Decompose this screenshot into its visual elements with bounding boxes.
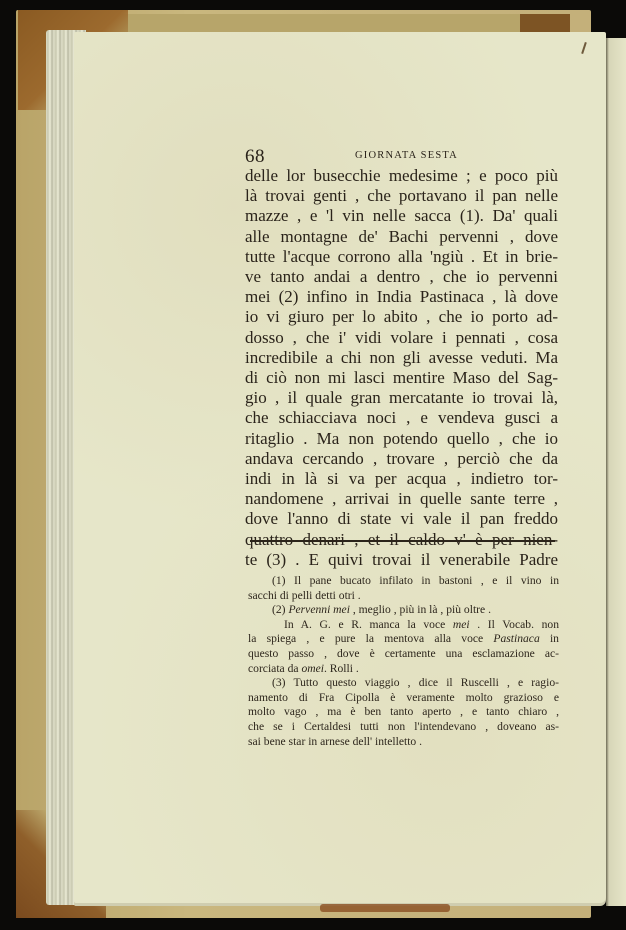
footnote-italic: Pastinaca <box>493 632 539 645</box>
page-bottom-stain <box>320 904 450 912</box>
footnote-text: la spiega , e pure la mentova alla voce <box>248 632 483 645</box>
footnote-rule <box>250 540 555 542</box>
body-line: delle lor busecchie medesime ; e poco pi… <box>245 166 558 186</box>
footnote-3-line: sai bene star in arnese dell' intelletto… <box>248 735 559 750</box>
footnote-3-line: (3) Tutto questo viaggio , dice il Rusce… <box>248 676 559 691</box>
footnote-2-text: , meglio , più in là , più oltre . <box>353 603 491 616</box>
footnote-text: in <box>550 632 559 645</box>
body-line: incredibile a chi non gli avesse veduti.… <box>245 348 558 368</box>
main-text-block: 68 GIORNATA SESTA delle lor busecchie me… <box>245 148 558 570</box>
body-line: là trovai genti , che portavano il pan n… <box>245 186 558 206</box>
facing-page-edge <box>606 38 626 906</box>
body-line: mazze , e 'l vin nelle sacca (1). Da' qu… <box>245 206 558 226</box>
body-line: nandomene , arrivai in quelle sante terr… <box>245 489 558 509</box>
body-line: te (3) . E quivi trovai il venerabile Pa… <box>245 550 558 570</box>
footnote-1-line: sacchi di pelli detti otri . <box>248 589 559 604</box>
body-line: indi in là si va per acqua , indietro to… <box>245 469 558 489</box>
footnote-3-line: molto vago , ma è ben tanto aperto , e t… <box>248 705 559 720</box>
footnote-2-line: In A. G. e R. manca la voce mei . Il Voc… <box>248 618 559 633</box>
footnote-2-line: questo passo , dove è certamente una esc… <box>248 647 559 662</box>
body-line: gio , il quale gran mercatante io trovai… <box>245 388 558 408</box>
footnote-italic: omei <box>301 662 324 675</box>
page-header: 68 GIORNATA SESTA <box>245 148 558 166</box>
body-line: tutte l'acque corrono alla 'ngiù . Et in… <box>245 247 558 267</box>
body-line: di ciò non mi lasci mentire Maso del Sag… <box>245 368 558 388</box>
body-line: dove l'anno di state vi vale il pan fred… <box>245 509 558 529</box>
footnotes: (1) Il pane bucato infilato in bastoni ,… <box>248 574 559 749</box>
body-line: mei (2) infino in India Pastinaca , là d… <box>245 287 558 307</box>
running-head: GIORNATA SESTA <box>355 150 458 161</box>
footnote-3-line: namento di Fra Cipolla è veramente molto… <box>248 691 559 706</box>
body-line: che schiacciava noci , e vendeva gusci a <box>245 408 558 428</box>
footnote-text: . Rolli . <box>324 662 359 675</box>
footnote-3-line: che se i Certaldesi tutti non l'intendev… <box>248 720 559 735</box>
footnote-2-line: corciata da omei. Rolli . <box>248 662 559 677</box>
body-line: dosso , che i' vidi volare i pennati , c… <box>245 328 558 348</box>
footnote-1-line: (1) Il pane bucato infilato in bastoni ,… <box>248 574 559 589</box>
footnote-2-line: (2) Pervenni mei , meglio , più in là , … <box>248 603 559 618</box>
body-line: ve tanto andai a dentro , che io pervenn… <box>245 267 558 287</box>
footnote-2-line: la spiega , e pure la mentova alla voce … <box>248 632 559 647</box>
footnote-2-number: (2) <box>272 603 286 616</box>
footnote-2-term: Pervenni mei <box>288 603 349 616</box>
body-line: andava cercando , trovare , perciò che d… <box>245 449 558 469</box>
body-line: alle montagne de' Bachi pervenni , dove <box>245 227 558 247</box>
footnote-italic: mei <box>453 618 470 631</box>
footnote-text: In A. G. e R. manca la voce <box>284 618 445 631</box>
footnote-text: . Il Vocab. non <box>477 618 559 631</box>
body-line: ritaglio . Ma non potendo quello , che i… <box>245 429 558 449</box>
body-line: io vi giuro per lo abito , che io porto … <box>245 307 558 327</box>
footnote-text: corciata da <box>248 662 299 675</box>
page-number: 68 <box>245 146 265 168</box>
